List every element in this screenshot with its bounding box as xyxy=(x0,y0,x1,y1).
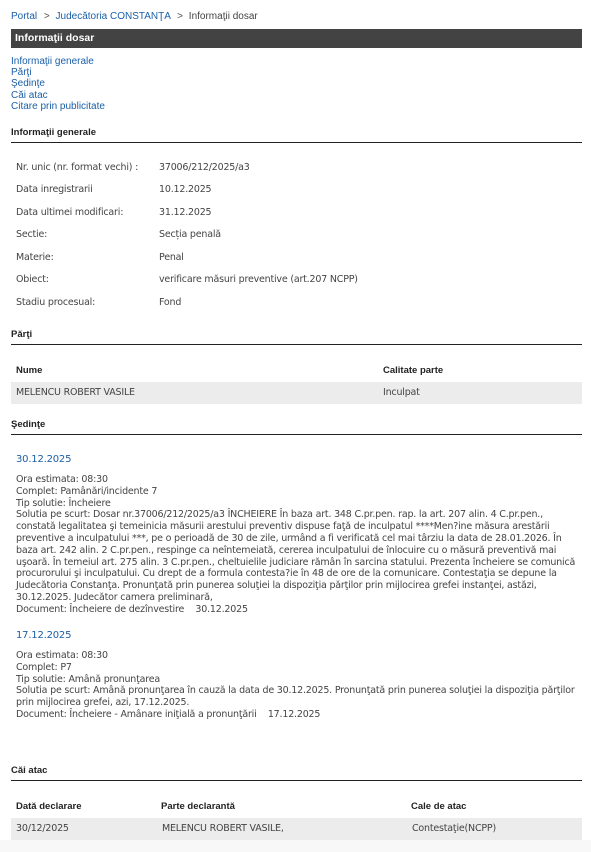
session-detail: Ora estimata: 08:30 xyxy=(16,474,582,486)
column-header-data-declarare: Dată declarare xyxy=(16,801,81,812)
section-heading-informatii-generale: Informaţii generale xyxy=(11,127,582,143)
session-detail: Complet: P7 xyxy=(16,662,582,674)
info-label: Stadiu procesual: xyxy=(16,297,156,308)
page-bottom-edge xyxy=(0,840,591,852)
nav-link-citare[interactable]: Citare prin publicitate xyxy=(11,101,105,112)
info-label: Nr. unic (nr. format vechi) : xyxy=(16,162,156,173)
info-label: Data inregistrarii xyxy=(16,184,156,195)
session-detail: Complet: Pamânări/incidente 7 xyxy=(16,486,582,498)
column-header-nume: Nume xyxy=(16,365,42,376)
session-item: 17.12.2025Ora estimata: 08:30Complet: P7… xyxy=(16,630,582,721)
nav-link-sedinte[interactable]: Şedinţe xyxy=(11,78,45,89)
page-title: Informaţii dosar xyxy=(11,29,582,48)
info-value: verificare măsuri preventive (art.207 NC… xyxy=(159,274,358,285)
declaring-party: MELENCU ROBERT VASILE, xyxy=(162,818,284,840)
declaration-date: 30/12/2025 xyxy=(16,818,69,840)
info-value: 37006/212/2025/a3 xyxy=(159,162,250,173)
info-label: Obiect: xyxy=(16,274,156,285)
session-detail: Solutia pe scurt: Amână pronunţarea în c… xyxy=(16,685,582,709)
info-label: Materie: xyxy=(16,252,156,263)
session-detail: Tip solutie: Încheiere xyxy=(16,498,582,510)
column-header-cale-atac: Cale de atac xyxy=(411,801,466,812)
session-detail: Tip solutie: Amână pronunţarea xyxy=(16,674,582,686)
breadcrumb-separator: > xyxy=(177,11,183,22)
breadcrumb-court[interactable]: Judecătoria CONSTANŢA xyxy=(56,11,171,22)
column-header-parte-declaranta: Parte declarantă xyxy=(161,801,235,812)
session-detail: Ora estimata: 08:30 xyxy=(16,650,582,662)
table-row: MELENCU ROBERT VASILE Inculpat xyxy=(11,382,582,404)
info-value: 31.12.2025 xyxy=(159,207,211,218)
table-row: 30/12/2025 MELENCU ROBERT VASILE, Contes… xyxy=(11,818,582,840)
party-role: Inculpat xyxy=(383,382,420,404)
nav-link-cai-atac[interactable]: Căi atac xyxy=(11,90,48,101)
info-label: Data ultimei modificari: xyxy=(16,207,156,218)
session-date-link[interactable]: 30.12.2025 xyxy=(16,454,582,465)
nav-link-informatii-generale[interactable]: Informaţii generale xyxy=(11,56,94,67)
info-value: Secția penală xyxy=(159,229,221,240)
section-heading-sedinte: Şedinţe xyxy=(11,419,582,435)
breadcrumb-separator: > xyxy=(44,11,50,22)
session-detail: Solutia pe scurt: Dosar nr.37006/212/202… xyxy=(16,509,582,603)
info-label: Sectie: xyxy=(16,229,156,240)
breadcrumb: Portal > Judecătoria CONSTANŢA > Informa… xyxy=(11,11,258,22)
section-heading-cai-atac: Căi atac xyxy=(11,765,582,781)
session-detail: Document: Încheiere de dezînvestire 30.1… xyxy=(16,604,582,616)
party-name: MELENCU ROBERT VASILE xyxy=(16,382,135,404)
appeal-type: Contestaţie(NCPP) xyxy=(412,818,496,840)
breadcrumb-current: Informaţii dosar xyxy=(189,11,258,22)
nav-link-parti[interactable]: Părţi xyxy=(11,67,32,78)
info-value: Fond xyxy=(159,297,181,308)
session-date-link[interactable]: 17.12.2025 xyxy=(16,630,582,641)
section-heading-parti: Părţi xyxy=(11,329,582,345)
section-nav: Informaţii generale Părţi Şedinţe Căi at… xyxy=(11,56,105,112)
info-value: Penal xyxy=(159,252,184,263)
session-detail: Document: Încheiere - Amânare iniţială a… xyxy=(16,709,582,721)
column-header-calitate: Calitate parte xyxy=(383,365,443,376)
breadcrumb-portal[interactable]: Portal xyxy=(11,11,37,22)
session-item: 30.12.2025Ora estimata: 08:30Complet: Pa… xyxy=(16,454,582,616)
info-value: 10.12.2025 xyxy=(159,184,211,195)
